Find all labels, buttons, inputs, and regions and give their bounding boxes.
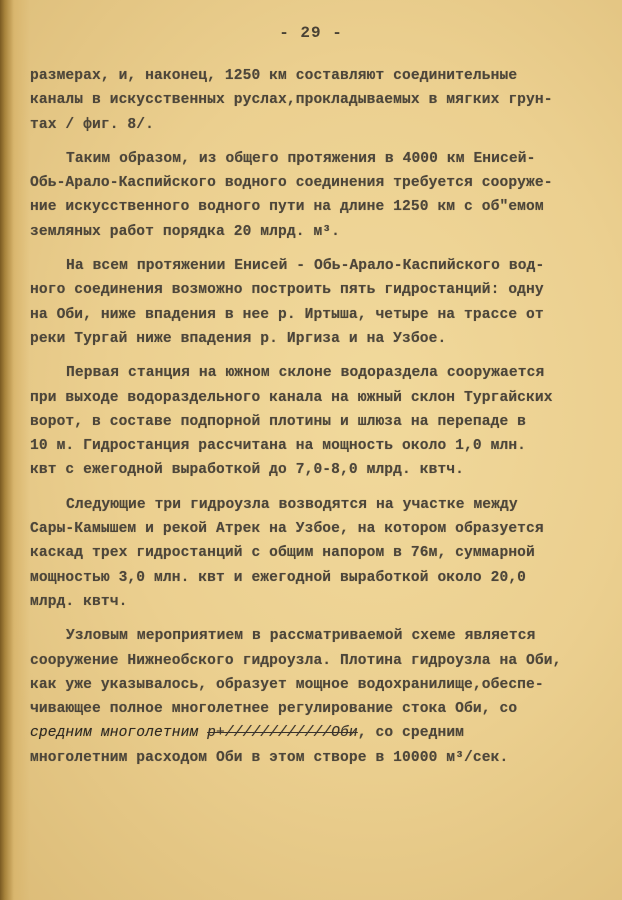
text-line: Таким образом, из общего протяжения в 40… (30, 147, 610, 171)
text-fragment: , со средним (358, 725, 464, 741)
text-line: каскад трех гидростанций с общим напором… (30, 541, 610, 565)
text-line: чивающее полное многолетнее регулировани… (30, 697, 610, 721)
text-line: мощностью 3,0 млн. квт и ежегодной выраб… (30, 566, 610, 590)
page-number: - 29 - (0, 24, 622, 42)
text-line: На всем протяжении Енисей - Обь-Арало-Ка… (30, 254, 610, 278)
text-line: реки Тургай ниже впадения р. Иргиза и на… (30, 327, 610, 351)
text-line: млрд. квтч. (30, 590, 610, 614)
text-line: размерах, и, наконец, 1250 км составляют… (30, 64, 610, 88)
text-line: тах / фиг. 8/. (30, 113, 610, 137)
document-body: размерах, и, наконец, 1250 км составляют… (30, 64, 610, 770)
document-page: - 29 - размерах, и, наконец, 1250 км сос… (0, 0, 622, 900)
text-line: на Оби, ниже впадения в нее р. Иртыша, ч… (30, 303, 610, 327)
paragraph-1: размерах, и, наконец, 1250 км составляют… (30, 64, 610, 137)
text-line: ние искусственного водного пути на длине… (30, 195, 610, 219)
text-line: ворот, в составе подпорной плотины и шлю… (30, 410, 610, 434)
handwritten-correction: средним многолетним (30, 725, 198, 741)
text-line: ного соединения возможно построить пять … (30, 278, 610, 302)
struck-out-text: р+////////////Оби (207, 725, 358, 741)
paragraph-4: Первая станция на южном склоне водоразде… (30, 361, 610, 482)
text-line: каналы в искусственных руслах,прокладыва… (30, 88, 610, 112)
text-line: Обь-Арало-Каспийского водного соединения… (30, 171, 610, 195)
text-line: многолетним расходом Оби в этом створе в… (30, 746, 610, 770)
text-line: Первая станция на южном склоне водоразде… (30, 361, 610, 385)
text-line: Следующие три гидроузла возводятся на уч… (30, 493, 610, 517)
paragraph-2: Таким образом, из общего протяжения в 40… (30, 147, 610, 244)
text-line: Узловым мероприятием в рассматриваемой с… (30, 624, 610, 648)
text-line: квт с ежегодной выработкой до 7,0-8,0 мл… (30, 458, 610, 482)
text-line: Сары-Камышем и рекой Атрек на Узбое, на … (30, 517, 610, 541)
struck-line: средним многолетним р+////////////Оби, с… (30, 721, 610, 745)
text-line: как уже указывалось, образует мощное вод… (30, 673, 610, 697)
text-line: земляных работ порядка 20 млрд. м³. (30, 220, 610, 244)
paragraph-3: На всем протяжении Енисей - Обь-Арало-Ка… (30, 254, 610, 351)
paragraph-6: Узловым мероприятием в рассматриваемой с… (30, 624, 610, 770)
text-line: сооружение Нижнеобского гидроузла. Плоти… (30, 649, 610, 673)
paragraph-5: Следующие три гидроузла возводятся на уч… (30, 493, 610, 614)
text-line: при выходе водораздельного канала на южн… (30, 386, 610, 410)
text-line: 10 м. Гидростанция рассчитана на мощност… (30, 434, 610, 458)
